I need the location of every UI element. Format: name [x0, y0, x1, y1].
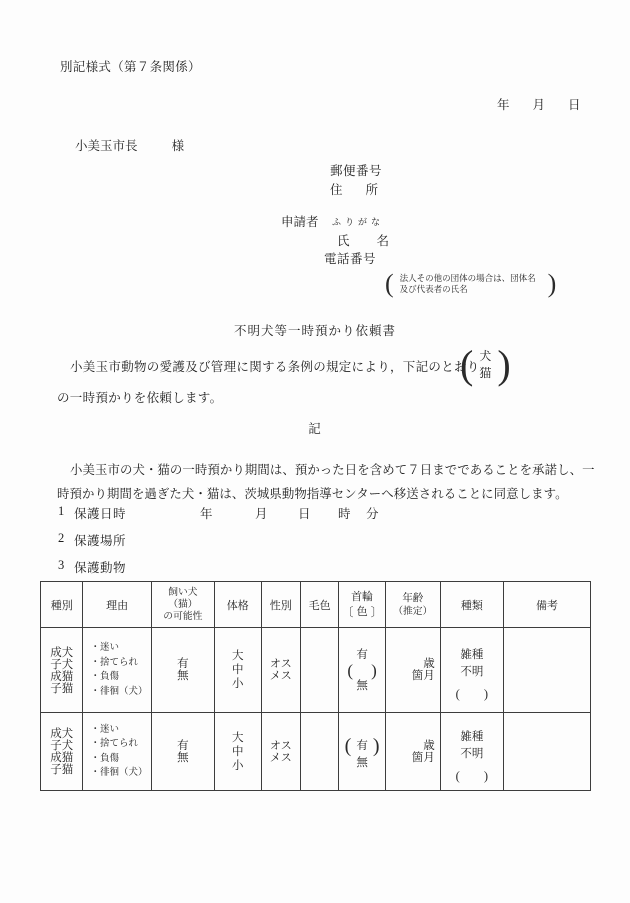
- record-marker: 記: [0, 419, 630, 437]
- applicant-label: 申請者: [281, 212, 319, 230]
- right-paren-glyph: ): [497, 342, 510, 388]
- item-number: 2: [58, 531, 64, 546]
- age-units: 歳 箇月: [386, 658, 440, 682]
- form-page: 別記様式（第７条関係） 年 月 日 小美玉市長 様 郵便番号 住 所 申請者 ふ…: [0, 0, 630, 903]
- date-month-label: 月: [533, 95, 546, 113]
- field-year-label: 年: [200, 504, 213, 522]
- species-options: 成犬 子犬 成猫 子猫: [41, 724, 82, 779]
- item-label: 保護動物: [74, 558, 126, 576]
- dog-cat-bracket: ( 犬 猫 ): [460, 342, 511, 388]
- age-units: 歳 箇月: [386, 740, 440, 764]
- agreement-line2: 時預かり期間を過ぎた犬・猫は、茨城県動物指導センターへ移送されることに同意します…: [57, 484, 568, 502]
- field-month-label: 月: [255, 504, 268, 522]
- name-label: 氏 名: [337, 231, 389, 249]
- addressee-line: 小美玉市長 様: [75, 136, 184, 154]
- item-number: 1: [58, 504, 64, 519]
- species-options: 成犬 子犬 成猫 子猫: [41, 643, 82, 698]
- tortoise-open-glyph: 〔: [342, 606, 354, 619]
- document-title: 不明犬等一時預かり依頼書: [0, 321, 630, 339]
- bracket-cat-option: 猫: [479, 365, 491, 382]
- col-age: 年齢 （推定）: [385, 582, 440, 628]
- agreement-line1: 小美玉市の犬・猫の一時預かり期間は、預かった日を含めて７日までであることを承諾し…: [57, 460, 595, 478]
- left-paren-glyph: (: [385, 269, 394, 299]
- table-row: 成犬 子犬 成猫 子猫 ・迷い ・捨てられ ・負傷 ・徘徊（犬） 有 無 大 中…: [41, 628, 591, 713]
- corporate-note-line1: 法人その他の団体の場合は、団体名: [400, 273, 536, 283]
- col-sex: 性別: [261, 582, 300, 628]
- breed-options: 雑種 不明 ( ): [441, 639, 503, 701]
- col-species: 種別: [41, 582, 83, 628]
- col-build: 体格: [214, 582, 261, 628]
- item-number: 3: [58, 558, 64, 573]
- field-day-label: 日: [298, 504, 311, 522]
- furigana-label: ふりがな: [332, 215, 384, 228]
- corporate-note-line2: 及び代表者の氏名: [400, 284, 468, 294]
- field-minute-label: 分: [366, 504, 379, 522]
- field-hour-label: 時: [338, 504, 351, 522]
- bracket-dog-option: 犬: [479, 348, 491, 365]
- build-options: 大 中 小: [215, 649, 261, 691]
- date-line: 年 月 日: [497, 95, 581, 113]
- ownership-options: 有 無: [152, 740, 214, 764]
- right-paren-glyph: ): [548, 269, 557, 299]
- collar-yes-bracket: ( 有 ): [345, 735, 380, 757]
- breed-other-blank: ( ): [456, 687, 488, 701]
- honorific: 様: [172, 139, 185, 153]
- corporate-note: ( 法人その他の団体の場合は、団体名 及び代表者の氏名 ): [385, 269, 556, 299]
- col-reason: 理由: [83, 582, 151, 628]
- breed-other-blank: ( ): [456, 769, 488, 783]
- address-label: 住 所: [330, 180, 378, 198]
- item-protected-animal: 3 保護動物: [0, 558, 630, 576]
- sex-options: オス メス: [262, 658, 300, 682]
- breed-options: 雑種 不明 ( ): [441, 721, 503, 783]
- collar-color-blank: ( ): [347, 661, 376, 680]
- reason-options: ・迷い ・捨てられ ・負傷 ・徘徊（犬）: [83, 641, 150, 699]
- sex-options: オス メス: [262, 740, 300, 764]
- col-fur-color: 毛色: [300, 582, 338, 628]
- postal-code-label: 郵便番号: [330, 161, 382, 179]
- col-breed: 種類: [440, 582, 503, 628]
- item-protection-place: 2 保護場所: [0, 531, 630, 549]
- addressee: 小美玉市長: [75, 139, 138, 153]
- protected-animal-table: 種別 理由 飼い犬 （猫） の可能性 体格 性別 毛色 首輪 〔 色 〕: [40, 581, 591, 791]
- request-sentence-line1: 小美玉市動物の愛護及び管理に関する条例の規定により，下記のとおり: [57, 357, 480, 375]
- request-sentence-line2: の一時預かりを依頼します。: [57, 388, 222, 406]
- col-collar: 首輪 〔 色 〕: [339, 582, 386, 628]
- item-protection-datetime: 1 保護日時 年 月 日 時 分: [0, 504, 630, 522]
- collar-options: 有 ( ) 無: [339, 649, 385, 692]
- left-paren-glyph: (: [460, 342, 473, 388]
- ownership-options: 有 無: [152, 658, 214, 682]
- reason-options: ・迷い ・捨てられ ・負傷 ・徘徊（犬）: [83, 723, 150, 781]
- item-label: 保護日時: [74, 504, 126, 522]
- phone-label: 電話番号: [324, 249, 376, 267]
- date-day-label: 日: [568, 95, 581, 113]
- collar-options: ( 有 ) 無: [339, 735, 385, 769]
- tortoise-close-glyph: 〕: [371, 606, 383, 619]
- table-header-row: 種別 理由 飼い犬 （猫） の可能性 体格 性別 毛色 首輪 〔 色 〕: [41, 582, 591, 628]
- date-year-label: 年: [497, 95, 510, 113]
- col-ownership: 飼い犬 （猫） の可能性: [151, 582, 214, 628]
- table-row: 成犬 子犬 成猫 子猫 ・迷い ・捨てられ ・負傷 ・徘徊（犬） 有 無 大 中…: [41, 713, 591, 791]
- form-reference: 別記様式（第７条関係）: [60, 57, 201, 75]
- col-notes: 備考: [503, 582, 590, 628]
- build-options: 大 中 小: [215, 731, 261, 773]
- item-label: 保護場所: [74, 531, 126, 549]
